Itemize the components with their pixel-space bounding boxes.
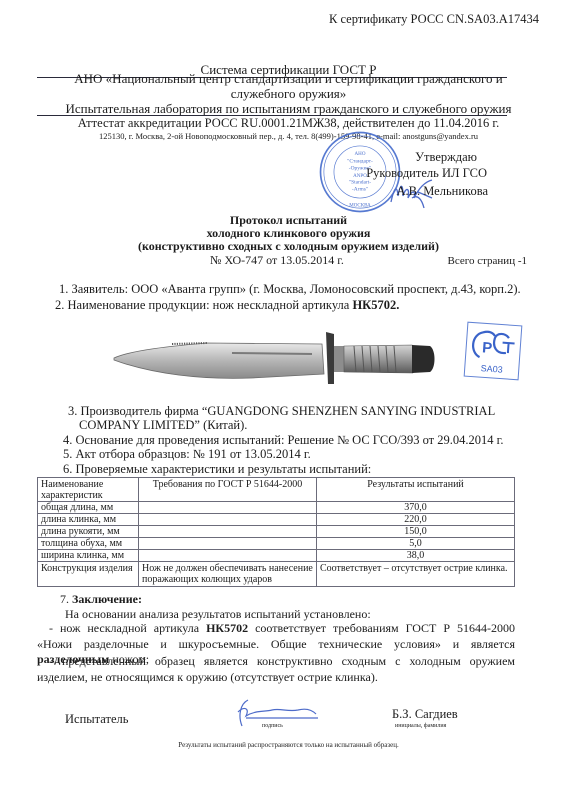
tester-name-caption: инициалы, фамилия <box>395 723 446 729</box>
row-result: 150,0 <box>317 526 515 538</box>
protocol-subtitle-2: (конструктивно сходных с холодным оружие… <box>0 240 577 254</box>
table-row: длина рукояти, мм 150,0 <box>38 526 515 538</box>
pct-code: SA03 <box>480 363 503 375</box>
row-label: общая длина, мм <box>38 502 139 514</box>
certificate-reference: К сертификату РОСС CN.SA03.A17434 <box>329 12 539 27</box>
product-label: 2. Наименование продукции: нож нескладно… <box>55 298 352 312</box>
row-requirement: Нож не должен обеспечивать нанесение пор… <box>139 562 317 587</box>
row-result: 38,0 <box>317 550 515 562</box>
header-characteristic: Наименование характеристик <box>38 478 139 502</box>
approval-label: Утверждаю <box>415 150 477 165</box>
row-requirement <box>139 550 317 562</box>
row-label: длина клинка, мм <box>38 514 139 526</box>
product-line: 2. Наименование продукции: нож нескладно… <box>55 298 399 313</box>
signature-caption: подпись <box>262 723 283 729</box>
row-requirement <box>139 526 317 538</box>
tester-name: Б.З. Сагдиев <box>392 707 458 722</box>
organization-line-1: АНО «Национальный центр стандартизации и… <box>0 71 577 86</box>
table-row: Конструкция изделия Нож не должен обеспе… <box>38 562 515 587</box>
para1-text: - нож нескладной артикула <box>49 621 206 635</box>
stamp-line: ANPO <box>353 173 367 179</box>
conclusion-heading: 7. Заключение: <box>60 592 142 607</box>
conclusion-intro: На основании анализа результатов испытан… <box>65 607 371 622</box>
para1-article: НК5702 <box>206 621 248 635</box>
pct-conformity-mark-icon: P SA03 <box>462 320 524 382</box>
pct-logo-text: P <box>482 339 493 357</box>
stamp-line: "Стандарт- <box>347 159 373 165</box>
conclusion-title: Заключение: <box>72 592 142 606</box>
characteristics-heading: 6. Проверяемые характеристики и результа… <box>63 462 371 477</box>
table-row: толщина обуха, мм 5,0 <box>38 538 515 550</box>
row-result: 370,0 <box>317 502 515 514</box>
table-header-row: Наименование характеристик Требования по… <box>38 478 515 502</box>
header-requirements: Требования по ГОСТ Р 51644-2000 <box>139 478 317 502</box>
conclusion-paragraph-2: - представленный образец является констр… <box>37 654 515 685</box>
test-basis-line: 4. Основание для проведения испытаний: Р… <box>63 433 503 448</box>
protocol-number: № ХО-747 от 13.05.2014 г. <box>210 254 344 268</box>
row-label: длина рукояти, мм <box>38 526 139 538</box>
table-row: ширина клинка, мм 38,0 <box>38 550 515 562</box>
applicant-line: 1. Заявитель: ООО «Аванта групп» (г. Мос… <box>59 282 521 297</box>
header-results: Результаты испытаний <box>317 478 515 502</box>
stamp-bottom-text: МОСКВА <box>349 202 371 208</box>
row-requirement <box>139 502 317 514</box>
row-requirement <box>139 538 317 550</box>
knife-illustration-icon <box>112 324 437 392</box>
row-result: Соответствует – отсутствует острие клинк… <box>317 562 515 587</box>
organization-line-2: служебного оружия» <box>0 86 577 101</box>
address-line: 125130, г. Москва, 2-ой Новоподмосковный… <box>0 131 577 141</box>
row-result: 220,0 <box>317 514 515 526</box>
tester-label: Испытатель <box>65 712 128 727</box>
stamp-top-text: АНО <box>355 151 366 157</box>
table-row: длина клинка, мм 220,0 <box>38 514 515 526</box>
footer-note: Результаты испытаний распространяются то… <box>0 741 577 749</box>
results-table: Наименование характеристик Требования по… <box>37 477 515 587</box>
organization-name: АНО «Национальный центр стандартизации и… <box>0 71 577 101</box>
conclusion-number: 7. <box>60 592 72 606</box>
accreditation-line: Аттестат аккредитации РОСС RU.0001.21МЖ3… <box>0 116 577 131</box>
page-count: Всего страниц -1 <box>447 255 527 267</box>
table-row: общая длина, мм 370,0 <box>38 502 515 514</box>
stamp-line: -Arms" <box>352 186 368 192</box>
product-article: НК5702. <box>352 298 399 312</box>
sampling-act-line: 5. Акт отбора образцов: № 191 от 13.05.2… <box>63 447 311 462</box>
manufacturer-line: 3. Производитель фирма “GUANGDONG SHENZH… <box>68 404 495 418</box>
manufacturer-line-2: COMPANY LIMITED” (Китай). <box>79 418 247 433</box>
row-result: 5,0 <box>317 538 515 550</box>
row-label: ширина клинка, мм <box>38 550 139 562</box>
row-label: толщина обуха, мм <box>38 538 139 550</box>
approver-name: А.В. Мельникова <box>396 184 488 199</box>
row-label: Конструкция изделия <box>38 562 139 587</box>
row-requirement <box>139 514 317 526</box>
